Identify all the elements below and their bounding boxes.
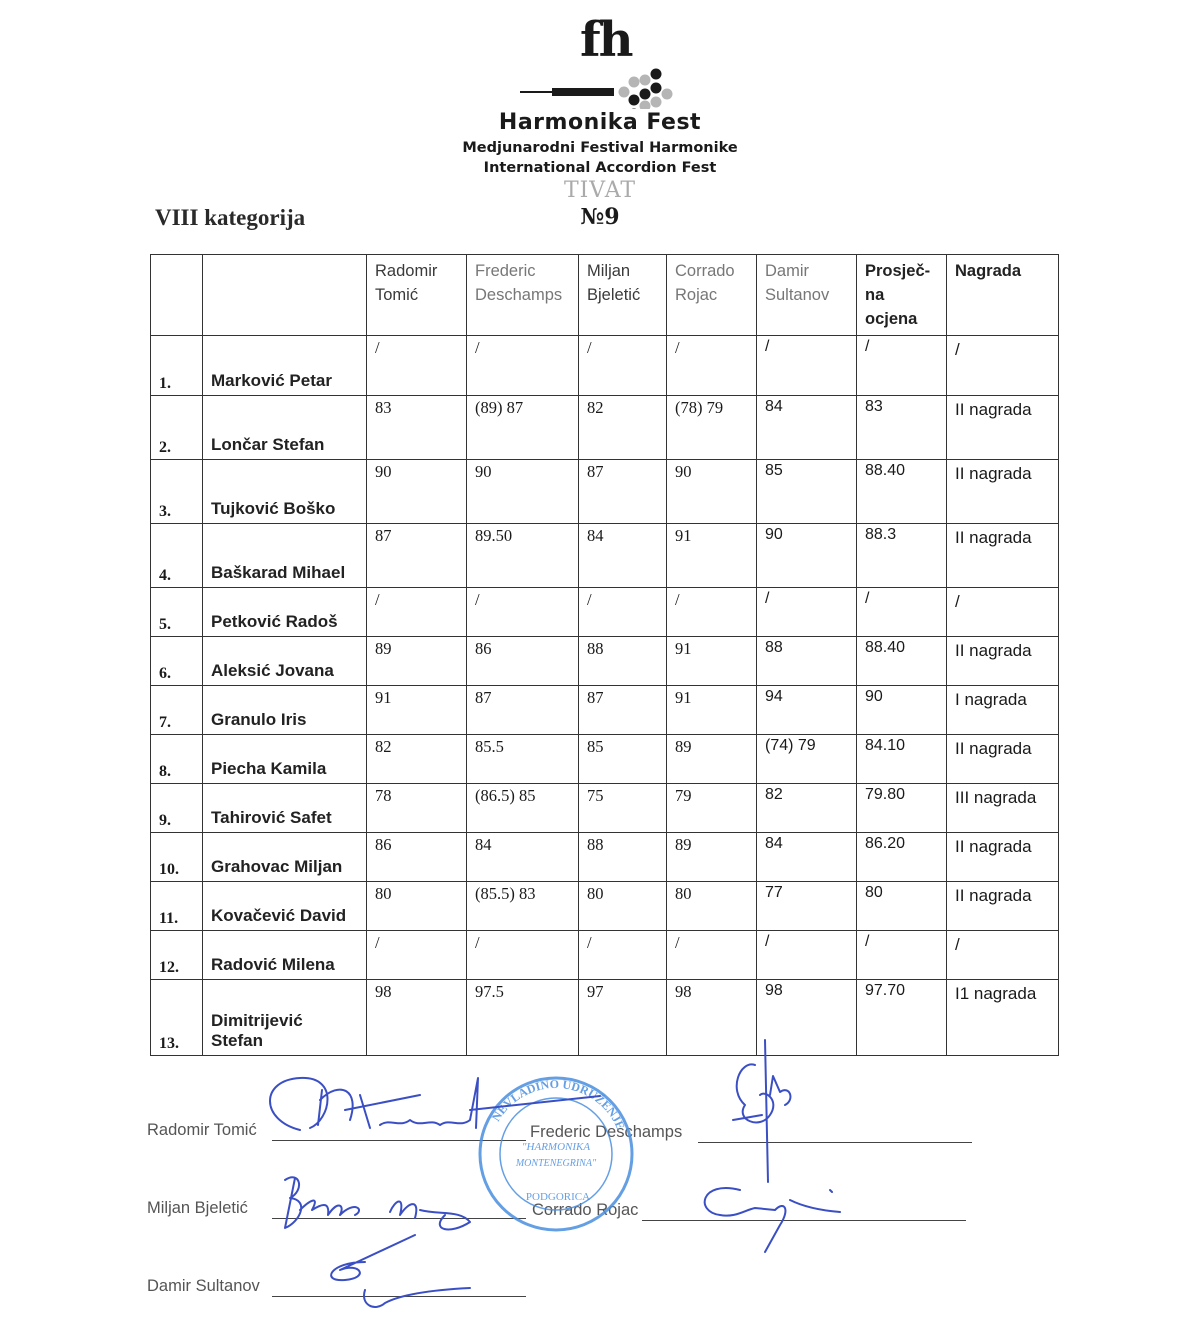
table-row: 2.Lončar Stefan83(89) 8782(78) 798483II … — [151, 396, 1059, 460]
table-header-row: RadomirTomić FredericDeschamps MiljanBje… — [151, 255, 1059, 336]
judge-5-score: (74) 79 — [757, 735, 857, 784]
judge-3-score: 87 — [579, 460, 667, 524]
judge-1-score: 89 — [367, 637, 467, 686]
average-score: 86.20 — [857, 833, 947, 882]
judge-5-score: 84 — [757, 396, 857, 460]
judge-5-score: 84 — [757, 833, 857, 882]
festival-city: TIVAT — [440, 178, 760, 203]
judge-4-score: 80 — [667, 882, 757, 931]
average-score: 80 — [857, 882, 947, 931]
row-number: 1. — [151, 336, 203, 396]
judge-5-score: 98 — [757, 980, 857, 1056]
row-number: 7. — [151, 686, 203, 735]
award: / — [947, 336, 1059, 396]
judge-2-score: 87 — [467, 686, 579, 735]
award: II nagrada — [947, 833, 1059, 882]
table-row: 10.Grahovac Miljan868488898486.20II nagr… — [151, 833, 1059, 882]
signature-ink-judge-3 — [285, 1177, 470, 1229]
judge-2-score: (89) 87 — [467, 396, 579, 460]
signature-label-judge-4: Corrado Rojac — [532, 1201, 638, 1220]
contestant-name: Petković Radoš — [203, 588, 367, 637]
signature-ink-judge-2 — [733, 1040, 790, 1182]
judge-2-score: 90 — [467, 460, 579, 524]
signature-line-judge-1 — [272, 1140, 526, 1141]
table-row: 9.Tahirović Safet78(86.5) 8575798279.80I… — [151, 784, 1059, 833]
judge-5-score: / — [757, 931, 857, 980]
award: II nagrada — [947, 524, 1059, 588]
judge-2-score: 97.5 — [467, 980, 579, 1056]
judge-3-score: 87 — [579, 686, 667, 735]
table-row: 11.Kovačević David80(85.5) 8380807780II … — [151, 882, 1059, 931]
judge-3-score: 80 — [579, 882, 667, 931]
judge-2-score: (85.5) 83 — [467, 882, 579, 931]
header-judge-5: DamirSultanov — [757, 255, 857, 336]
row-number: 5. — [151, 588, 203, 637]
average-score: / — [857, 588, 947, 637]
award: / — [947, 588, 1059, 637]
contestant-name: Piecha Kamila — [203, 735, 367, 784]
judge-2-score: 86 — [467, 637, 579, 686]
judge-3-score: 88 — [579, 833, 667, 882]
award: I1 nagrada — [947, 980, 1059, 1056]
judge-5-score: 90 — [757, 524, 857, 588]
judge-3-score: / — [579, 336, 667, 396]
judge-3-score: 82 — [579, 396, 667, 460]
category-title: VIII kategorija — [155, 205, 305, 231]
contestant-name: Lončar Stefan — [203, 396, 367, 460]
row-number: 8. — [151, 735, 203, 784]
award: II nagrada — [947, 637, 1059, 686]
judge-4-score: 89 — [667, 833, 757, 882]
judge-5-score: 94 — [757, 686, 857, 735]
signature-label-judge-3: Miljan Bjeletić — [147, 1199, 248, 1218]
average-score: 88.40 — [857, 460, 947, 524]
table-row: 4.Baškarad Mihael8789.5084919088.3II nag… — [151, 524, 1059, 588]
contestant-name: Tujković Boško — [203, 460, 367, 524]
award: II nagrada — [947, 460, 1059, 524]
header-number — [151, 255, 203, 336]
judge-2-score: / — [467, 931, 579, 980]
judge-5-score: 77 — [757, 882, 857, 931]
contestant-name: Radović Milena — [203, 931, 367, 980]
judge-1-score: / — [367, 336, 467, 396]
judge-1-score: / — [367, 588, 467, 637]
judge-2-score: (86.5) 85 — [467, 784, 579, 833]
average-score: 88.40 — [857, 637, 947, 686]
contestant-name: Marković Petar — [203, 336, 367, 396]
table-row: 1.Marković Petar/////// — [151, 336, 1059, 396]
award: III nagrada — [947, 784, 1059, 833]
judge-1-score: 82 — [367, 735, 467, 784]
contestant-name: Kovačević David — [203, 882, 367, 931]
average-score: 90 — [857, 686, 947, 735]
award: II nagrada — [947, 882, 1059, 931]
header-judge-1: RadomirTomić — [367, 255, 467, 336]
judge-2-score: / — [467, 588, 579, 637]
average-score: 79.80 — [857, 784, 947, 833]
results-table: RadomirTomić FredericDeschamps MiljanBje… — [150, 254, 1059, 1056]
table-row: 3.Tujković Boško909087908588.40II nagrad… — [151, 460, 1059, 524]
judge-1-score: 83 — [367, 396, 467, 460]
judge-1-score: 86 — [367, 833, 467, 882]
svg-text:"HARMONIKA: "HARMONIKA — [522, 1141, 590, 1153]
average-score: 88.3 — [857, 524, 947, 588]
contestant-name: Aleksić Jovana — [203, 637, 367, 686]
award: II nagrada — [947, 396, 1059, 460]
judge-1-score: 87 — [367, 524, 467, 588]
table-body: 1.Marković Petar///////2.Lončar Stefan83… — [151, 336, 1059, 1056]
contestant-name: Granulo Iris — [203, 686, 367, 735]
judge-3-score: / — [579, 931, 667, 980]
header-contestant — [203, 255, 367, 336]
judge-2-score: 89.50 — [467, 524, 579, 588]
signature-label-judge-1: Radomir Tomić — [147, 1121, 257, 1140]
row-number: 11. — [151, 882, 203, 931]
header-judge-2: FredericDeschamps — [467, 255, 579, 336]
header-judge-3: MiljanBjeletić — [579, 255, 667, 336]
judge-4-score: 91 — [667, 686, 757, 735]
judge-4-score: / — [667, 336, 757, 396]
average-score: / — [857, 931, 947, 980]
judge-1-score: 98 — [367, 980, 467, 1056]
row-number: 12. — [151, 931, 203, 980]
judge-3-score: 88 — [579, 637, 667, 686]
award: II nagrada — [947, 735, 1059, 784]
signature-line-judge-2 — [698, 1142, 972, 1143]
judge-2-score: 85.5 — [467, 735, 579, 784]
judge-2-score: 84 — [467, 833, 579, 882]
table-row: 12.Radović Milena/////// — [151, 931, 1059, 980]
award: / — [947, 931, 1059, 980]
judge-5-score: / — [757, 588, 857, 637]
contestant-name: Tahirović Safet — [203, 784, 367, 833]
judge-2-score: / — [467, 336, 579, 396]
row-number: 4. — [151, 524, 203, 588]
judge-3-score: 97 — [579, 980, 667, 1056]
festival-logo: fh Harmonika Fest Medjunarodni Festival … — [440, 0, 760, 240]
judge-1-score: 91 — [367, 686, 467, 735]
table-row: 6.Aleksić Jovana898688918888.40II nagrad… — [151, 637, 1059, 686]
contestant-name: Baškarad Mihael — [203, 524, 367, 588]
festival-edition: №9 — [440, 204, 760, 230]
average-score: 83 — [857, 396, 947, 460]
judge-3-score: 75 — [579, 784, 667, 833]
festival-subtitle-en: International Accordion Fest — [440, 160, 760, 176]
table-row: 7.Granulo Iris918787919490I nagrada — [151, 686, 1059, 735]
row-number: 6. — [151, 637, 203, 686]
judge-4-score: / — [667, 588, 757, 637]
row-number: 13. — [151, 980, 203, 1056]
judge-4-score: (78) 79 — [667, 396, 757, 460]
judge-4-score: 90 — [667, 460, 757, 524]
festival-subtitle-local: Medjunarodni Festival Harmonike — [440, 140, 760, 156]
header-judge-4: CorradoRojac — [667, 255, 757, 336]
judge-3-score: / — [579, 588, 667, 637]
judge-1-score: 90 — [367, 460, 467, 524]
signature-line-judge-3 — [272, 1218, 526, 1219]
header-average: Prosječ-naocjena — [857, 255, 947, 336]
judge-5-score: 85 — [757, 460, 857, 524]
judge-1-score: / — [367, 931, 467, 980]
table-row: 13.Dimitrijević Stefan9897.597989897.70I… — [151, 980, 1059, 1056]
average-score: 84.10 — [857, 735, 947, 784]
contestant-name: Grahovac Miljan — [203, 833, 367, 882]
signature-label-judge-2: Frederic Deschamps — [530, 1123, 682, 1142]
judge-5-score: 82 — [757, 784, 857, 833]
row-number: 10. — [151, 833, 203, 882]
row-number: 9. — [151, 784, 203, 833]
row-number: 2. — [151, 396, 203, 460]
judge-3-score: 85 — [579, 735, 667, 784]
average-score: 97.70 — [857, 980, 947, 1056]
average-score: / — [857, 336, 947, 396]
row-number: 3. — [151, 460, 203, 524]
judge-4-score: 98 — [667, 980, 757, 1056]
header-award: Nagrada — [947, 255, 1059, 336]
judge-5-score: / — [757, 336, 857, 396]
judge-4-score: / — [667, 931, 757, 980]
judge-4-score: 91 — [667, 637, 757, 686]
judge-4-score: 89 — [667, 735, 757, 784]
table-row: 5.Petković Radoš/////// — [151, 588, 1059, 637]
judge-4-score: 91 — [667, 524, 757, 588]
contestant-name: Dimitrijević Stefan — [203, 980, 367, 1056]
signature-line-judge-5 — [272, 1296, 526, 1297]
award: I nagrada — [947, 686, 1059, 735]
signature-label-judge-5: Damir Sultanov — [147, 1277, 260, 1296]
judge-1-score: 78 — [367, 784, 467, 833]
judge-1-score: 80 — [367, 882, 467, 931]
table-row: 8.Piecha Kamila8285.58589(74) 7984.10II … — [151, 735, 1059, 784]
festival-name: Harmonika Fest — [440, 110, 760, 135]
judge-3-score: 84 — [579, 524, 667, 588]
svg-text:MONTENEGRINA": MONTENEGRINA" — [515, 1158, 597, 1169]
signature-line-judge-4 — [642, 1220, 966, 1221]
judge-4-score: 79 — [667, 784, 757, 833]
judge-5-score: 88 — [757, 637, 857, 686]
logo-monogram: fh — [580, 12, 632, 68]
